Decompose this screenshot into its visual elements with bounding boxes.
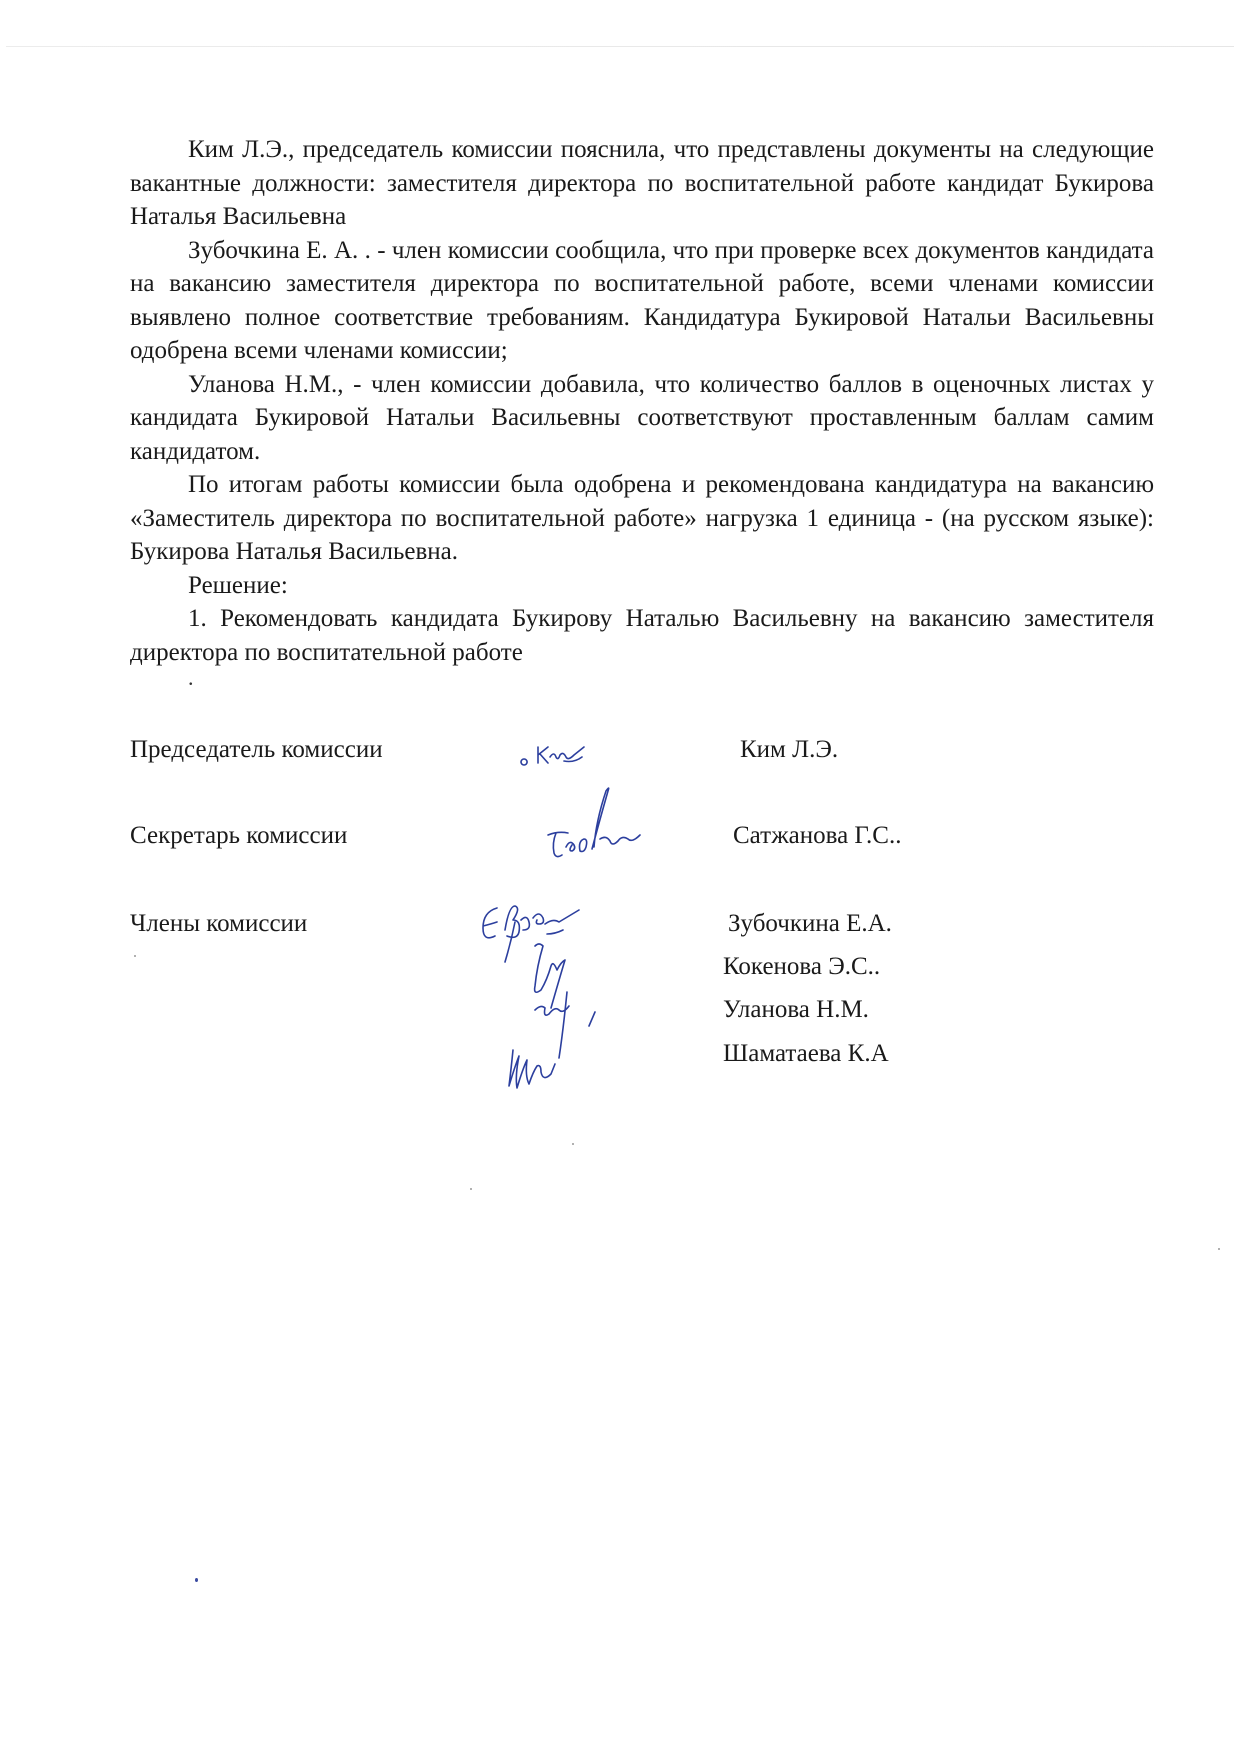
chairman-signature-icon [520, 735, 610, 780]
members-label: Члены комиссии [130, 910, 307, 938]
scan-speck [1218, 1248, 1220, 1250]
scan-speck [470, 1188, 472, 1190]
chairman-name: Ким Л.Э. [740, 736, 838, 764]
protocol-body: Ким Л.Э., председатель комиссии пояснила… [130, 133, 1154, 669]
paragraph-zubochkina-statement: Зубочкина Е. А. . - член комиссии сообщи… [130, 234, 1154, 368]
scan-speck [134, 955, 136, 957]
stray-mark: . [188, 665, 194, 691]
paragraph-commission-result: По итогам работы комиссии была одобрена … [130, 468, 1154, 569]
member-name-3: Уланова Н.М. [723, 996, 869, 1024]
decision-heading: Решение: [130, 569, 1154, 603]
scan-speck [195, 1578, 198, 1582]
chairman-label: Председатель комиссии [130, 736, 383, 764]
secretary-label: Секретарь комиссии [130, 822, 347, 850]
paragraph-chairman-statement: Ким Л.Э., председатель комиссии пояснила… [130, 133, 1154, 234]
secretary-signature-icon [540, 785, 650, 870]
scan-speck [572, 1143, 574, 1145]
member-name-1: Зубочкина Е.А. [728, 910, 892, 938]
scan-edge-line [6, 46, 1234, 47]
member-name-4: Шаматаева К.А [723, 1040, 889, 1068]
member-name-2: Кокенова Э.С.. [723, 953, 880, 981]
secretary-name: Сатжанова Г.С.. [733, 822, 901, 850]
paragraph-ulanova-statement: Уланова Н.М., - член комиссии добавила, … [130, 368, 1154, 469]
decision-item-1: 1. Рекомендовать кандидата Букирову Ната… [130, 602, 1154, 669]
members-signatures-icon [475, 900, 635, 1105]
